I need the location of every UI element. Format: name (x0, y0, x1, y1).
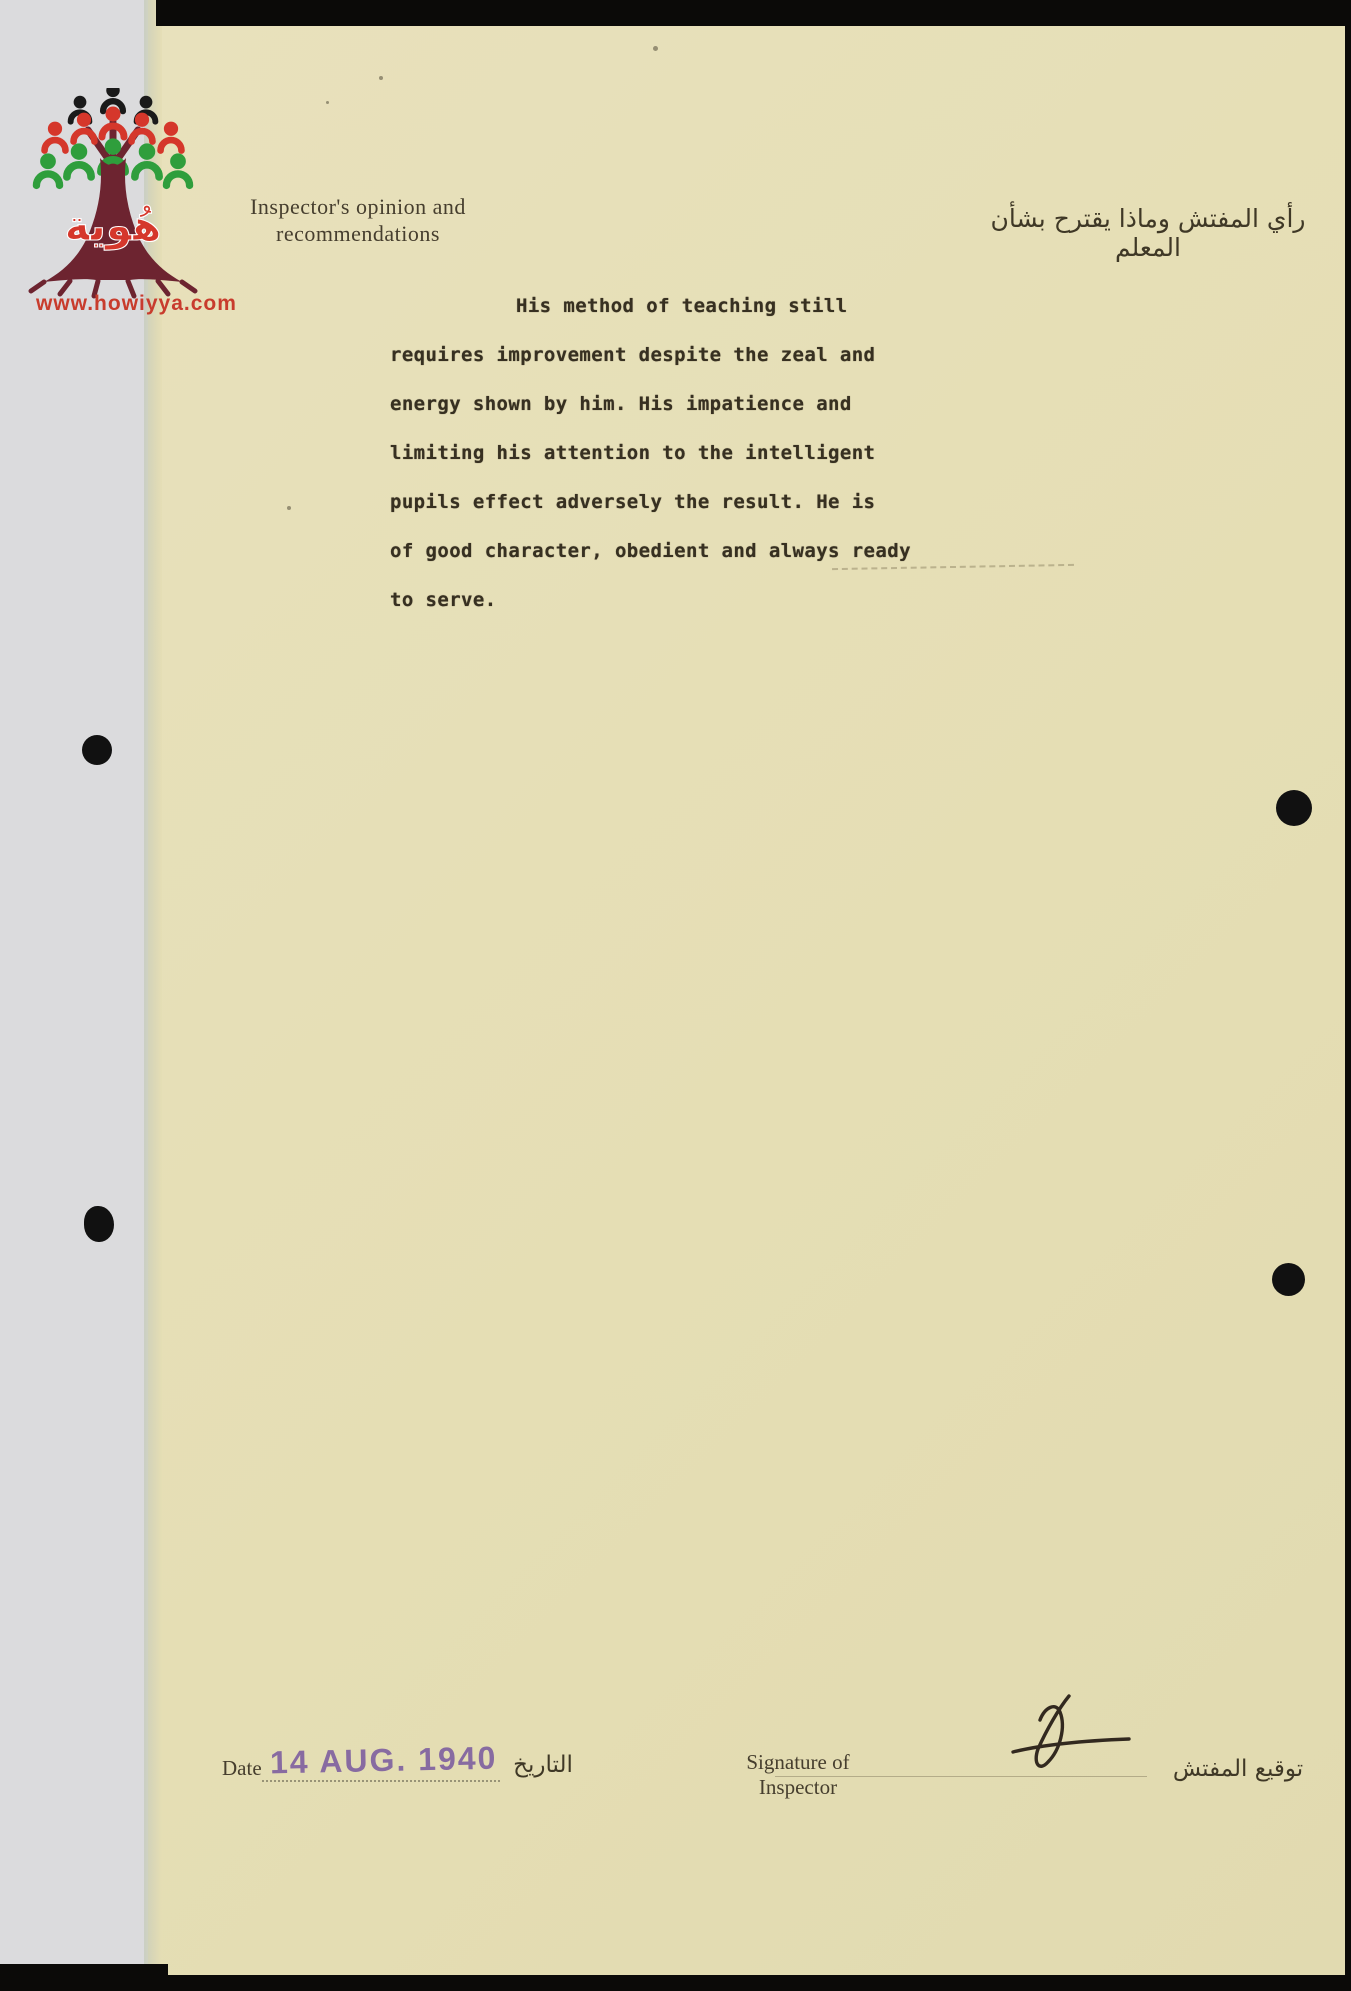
opinion-line: of good character, obedient and always r… (390, 527, 1010, 576)
scanned-document: هُوية www.howiyya.com Inspector's opinio… (0, 0, 1351, 1991)
scan-edge-bottom (0, 1975, 1351, 1991)
logo-calligraphy: هُوية (65, 201, 162, 251)
hole-punch (1276, 790, 1312, 826)
inspector-opinion-label-line2: recommendations (222, 220, 494, 247)
hole-punch (84, 1206, 114, 1242)
signature-label: Signature of Inspector (718, 1750, 878, 1800)
opinion-line: requires improvement despite the zeal an… (390, 331, 1010, 380)
paper-speck (326, 101, 329, 104)
inspector-opinion-label-arabic: رأي المفتش وماذا يقترح بشأن المعلم (968, 204, 1328, 262)
date-dotted-line (262, 1762, 500, 1782)
opinion-line: His method of teaching still (390, 282, 1010, 331)
date-label: Date (222, 1756, 262, 1781)
scan-edge-right (1345, 0, 1351, 1991)
signature-label-arabic: توقيع المفتش (1156, 1756, 1320, 1782)
inspector-opinion-text: His method of teaching still requires im… (390, 282, 1010, 625)
watermark-url: www.howiyya.com (36, 292, 256, 316)
hole-punch (82, 735, 112, 765)
inspector-opinion-label-line1: Inspector's opinion and (222, 193, 494, 220)
inspector-opinion-label: Inspector's opinion and recommendations (222, 193, 494, 247)
paper-speck (379, 76, 383, 80)
opinion-line: energy shown by him. His impatience and (390, 380, 1010, 429)
paper-speck (287, 506, 291, 510)
opinion-line: to serve. (390, 576, 1010, 625)
date-label-arabic: التاريخ (498, 1752, 588, 1778)
paper-speck (653, 46, 658, 51)
scan-edge-bottom-left (0, 1964, 168, 1991)
signature-label-line2: Inspector (718, 1775, 878, 1800)
howiyya-tree-logo: هُوية (28, 88, 198, 300)
hole-punch (1272, 1263, 1305, 1296)
opinion-line: pupils effect adversely the result. He i… (390, 478, 1010, 527)
scan-edge-top (156, 0, 1351, 26)
signature-label-line1: Signature of (718, 1750, 878, 1775)
inspector-signature (975, 1688, 1139, 1792)
opinion-line: limiting his attention to the intelligen… (390, 429, 1010, 478)
